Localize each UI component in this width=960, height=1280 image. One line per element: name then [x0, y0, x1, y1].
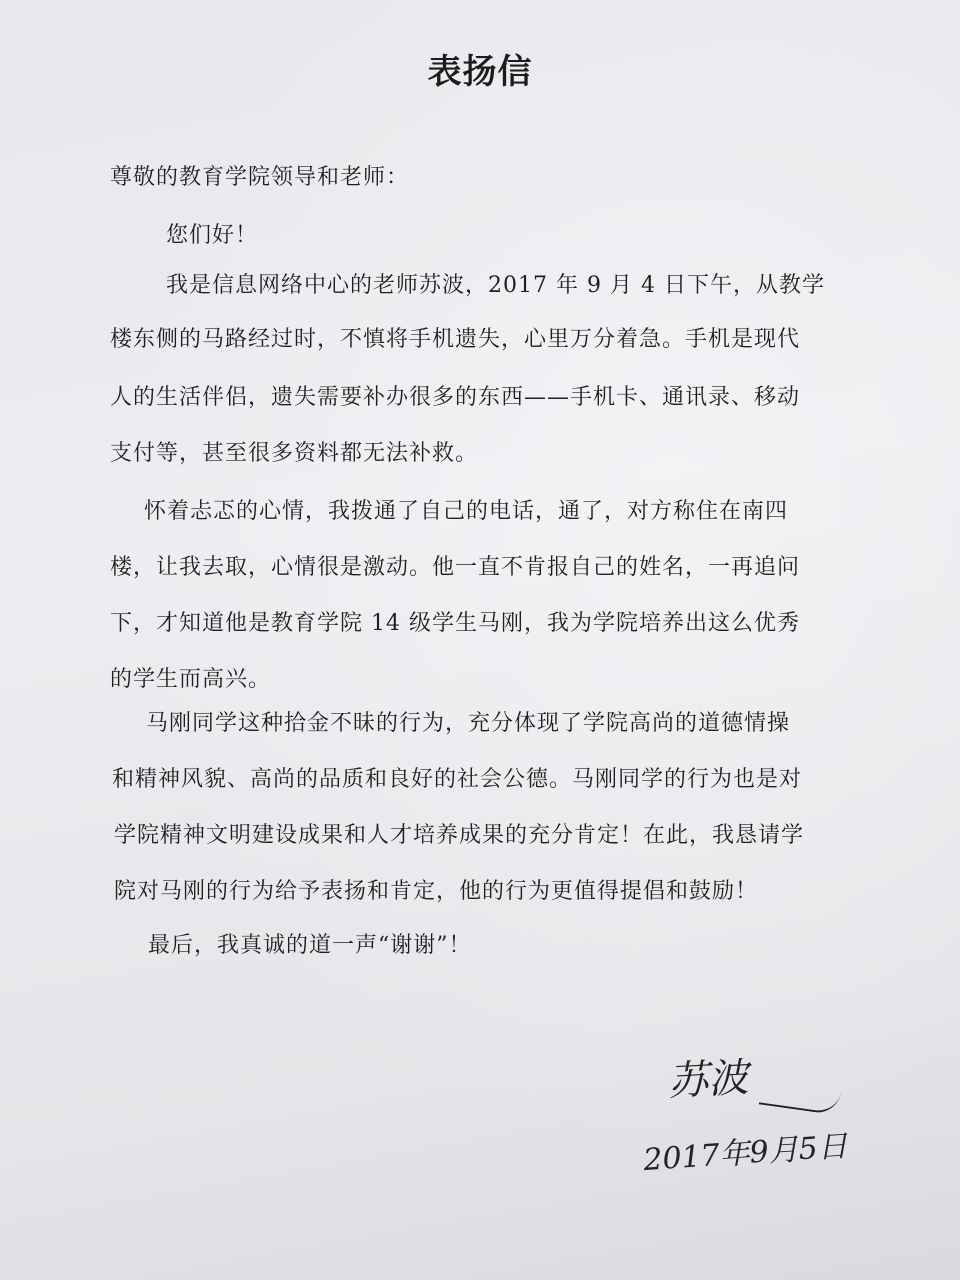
- salutation: 尊敬的教育学院领导和老师：: [110, 160, 409, 191]
- paragraph-2-line-4: 的学生而高兴。: [110, 662, 271, 693]
- paragraph-3-line-3: 学院精神文明建设成果和人才培养成果的充分肯定！在此，我恳请学: [114, 818, 804, 849]
- closing-line: 最后，我真诚的道一声“谢谢”！: [148, 928, 472, 959]
- paragraph-3-line-2: 和精神风貌、高尚的品质和良好的社会公德。马刚同学的行为也是对: [112, 762, 802, 793]
- paragraph-3-line-1: 马刚同学这种拾金不昧的行为，充分体现了学院高尚的道德情操: [146, 706, 790, 737]
- paragraph-1-line-2: 楼东侧的马路经过时，不慎将手机遗失，心里万分着急。手机是现代: [110, 322, 800, 353]
- handwritten-date: 2017年9月5日: [642, 1121, 849, 1179]
- signature-flourish: [759, 1081, 842, 1116]
- letter-paper: 表扬信 尊敬的教育学院领导和老师： 您们好！ 我是信息网络中心的老师苏波，201…: [0, 0, 960, 1280]
- paragraph-2-line-3: 下，才知道他是教育学院 14 级学生马刚，我为学院培养出这么优秀: [110, 606, 800, 637]
- paragraph-1-line-3: 人的生活伴侣，遗失需要补办很多的东西——手机卡、通讯录、移动: [110, 380, 800, 411]
- greeting: 您们好！: [166, 218, 258, 249]
- paragraph-2-line-2: 楼，让我去取，心情很是激动。他一直不肯报自己的姓名，一再追问: [110, 550, 800, 581]
- paragraph-1-line-1: 我是信息网络中心的老师苏波，2017 年 9 月 4 日下午，从教学: [166, 268, 825, 299]
- letter-title: 表扬信: [0, 44, 960, 93]
- paragraph-3-line-4: 院对马刚的行为给予表扬和肯定，他的行为更值得提倡和鼓励！: [114, 874, 758, 905]
- paragraph-1-line-4: 支付等，甚至很多资料都无法补救。: [110, 436, 478, 467]
- handwritten-signature: 苏波: [667, 1046, 750, 1107]
- paragraph-2-line-1: 怀着忐忑的心情，我拨通了自己的电话，通了，对方称住在南四: [144, 494, 788, 525]
